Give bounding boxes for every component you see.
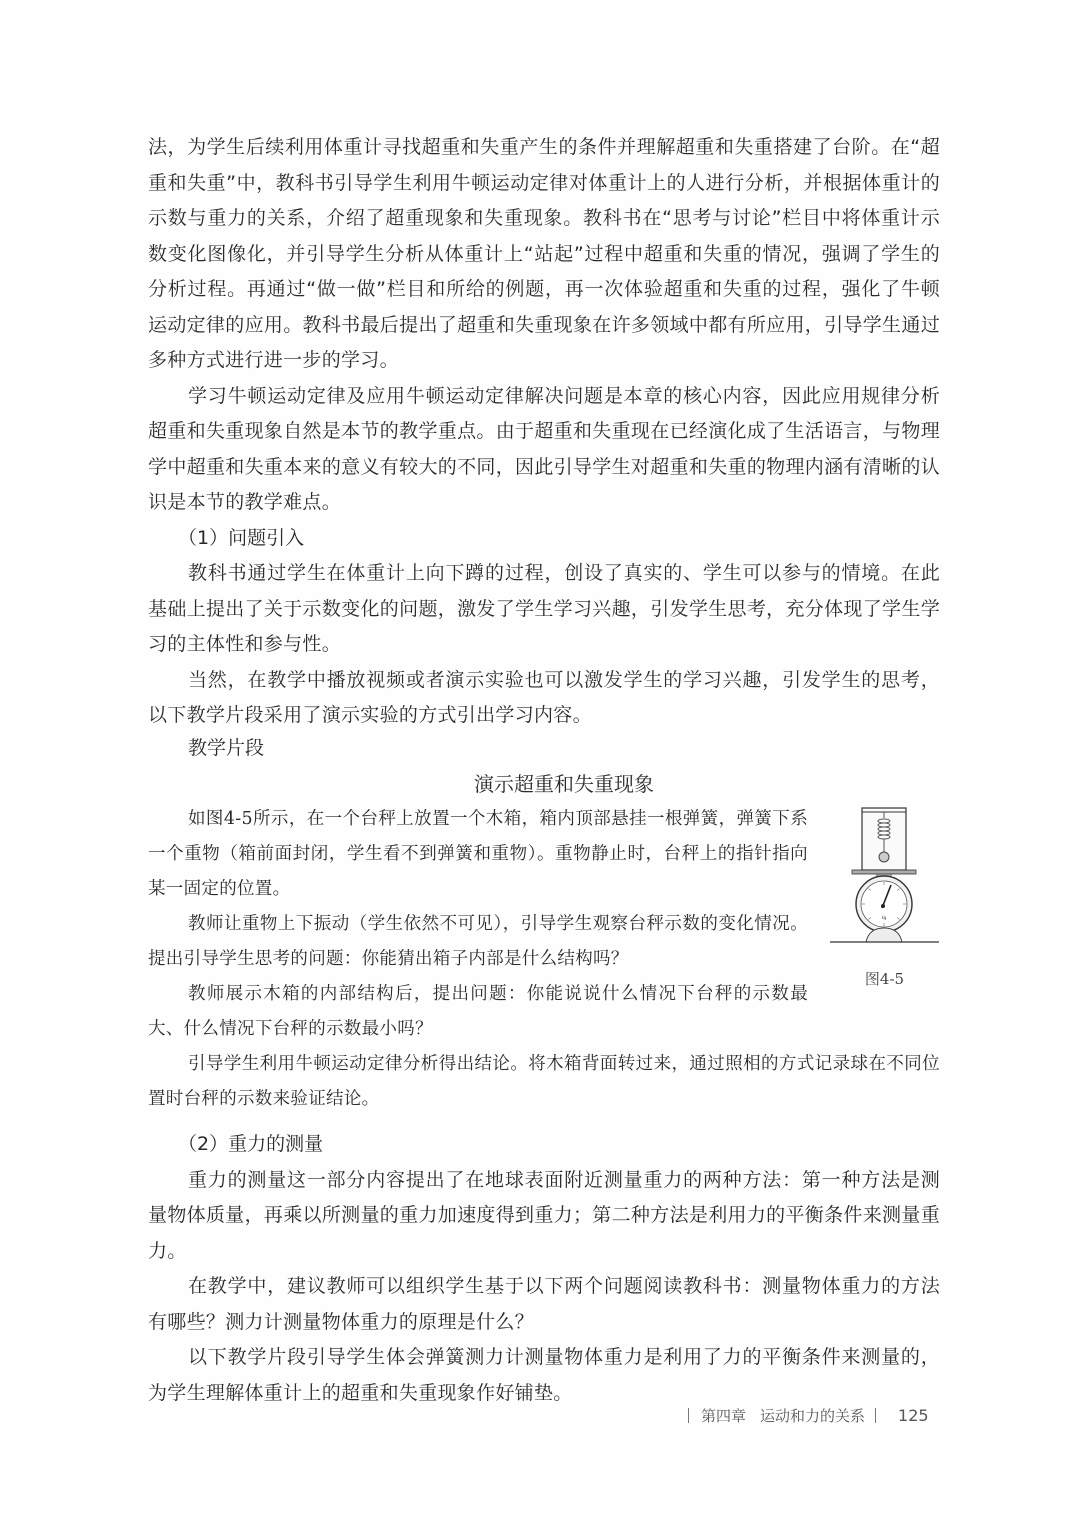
weight-ball-icon	[879, 852, 889, 862]
paragraph-section1-1: 教科书通过学生在体重计上向下蹲的过程，创设了真实的、学生可以参与的情境。在此基础…	[148, 556, 940, 663]
teaching-snippet-body-full: 引导学生利用牛顿运动定律分析得出结论。将木箱背面转过来，通过照相的方式记录球在不…	[148, 1047, 940, 1117]
paragraph-key-points: 学习牛顿运动定律及应用牛顿运动定律解决问题是本章的核心内容，因此应用规律分析超重…	[148, 379, 940, 521]
footer-chapter-title: 运动和力的关系	[760, 1405, 865, 1426]
paragraph-section2-3: 以下教学片段引导学生体会弹簧测力计测量物体重力是利用了力的平衡条件来测量的，为学…	[148, 1340, 940, 1411]
teaching-snippet-title: 演示超重和失重现象	[148, 766, 940, 802]
paragraph-intro-continuation: 法，为学生后续利用体重计寻找超重和失重产生的条件并理解超重和失重搭建了台阶。在“…	[148, 130, 940, 379]
main-text-column: 法，为学生后续利用体重计寻找超重和失重产生的条件并理解超重和失重搭建了台阶。在“…	[148, 130, 940, 734]
paragraph-section1-2: 当然，在教学中播放视频或者演示实验也可以激发学生的学习兴趣，引发学生的思考，以下…	[148, 663, 940, 734]
section-heading-gravity-measurement: （2）重力的测量	[148, 1127, 940, 1163]
document-page: 法，为学生后续利用体重计寻找超重和失重产生的条件并理解超重和失重搭建了台阶。在“…	[0, 0, 1080, 1515]
section-gravity-measurement: （2）重力的测量 重力的测量这一部分内容提出了在地球表面附近测量重力的两种方法：…	[148, 1127, 940, 1411]
teaching-snippet-label: 教学片段	[148, 730, 940, 766]
figure-4-5: kg 图4-5	[822, 800, 947, 1000]
snippet-paragraph-1: 如图4-5所示，在一个台秤上放置一个木箱，箱内顶部悬挂一根弹簧，弹簧下系一个重物…	[148, 802, 808, 907]
page-footer: 第四章 运动和力的关系 125	[688, 1405, 929, 1426]
scale-with-box-illustration: kg	[822, 800, 947, 960]
page-number: 125	[898, 1406, 929, 1425]
snippet-paragraph-3: 教师展示木箱的内部结构后，提出问题：你能说说什么情况下台秤的示数最大、什么情况下…	[148, 977, 808, 1047]
snippet-paragraph-2: 教师让重物上下振动（学生依然不可见），引导学生观察台秤示数的变化情况。提出引导学…	[148, 907, 808, 977]
footer-chapter: 第四章	[701, 1405, 746, 1426]
svg-text:kg: kg	[882, 915, 887, 920]
paragraph-section2-2: 在教学中，建议教师可以组织学生基于以下两个问题阅读教科书：测量物体重力的方法有哪…	[148, 1269, 940, 1340]
snippet-paragraph-4: 引导学生利用牛顿运动定律分析得出结论。将木箱背面转过来，通过照相的方式记录球在不…	[148, 1047, 940, 1117]
footer-divider	[875, 1408, 876, 1423]
teaching-snippet-body-beside-figure: 如图4-5所示，在一个台秤上放置一个木箱，箱内顶部悬挂一根弹簧，弹簧下系一个重物…	[148, 802, 808, 1047]
section-heading-problem-introduction: （1）问题引入	[148, 521, 940, 557]
footer-divider	[688, 1408, 689, 1423]
paragraph-section2-1: 重力的测量这一部分内容提出了在地球表面附近测量重力的两种方法：第一种方法是测量物…	[148, 1163, 940, 1270]
figure-caption: 图4-5	[822, 968, 947, 989]
